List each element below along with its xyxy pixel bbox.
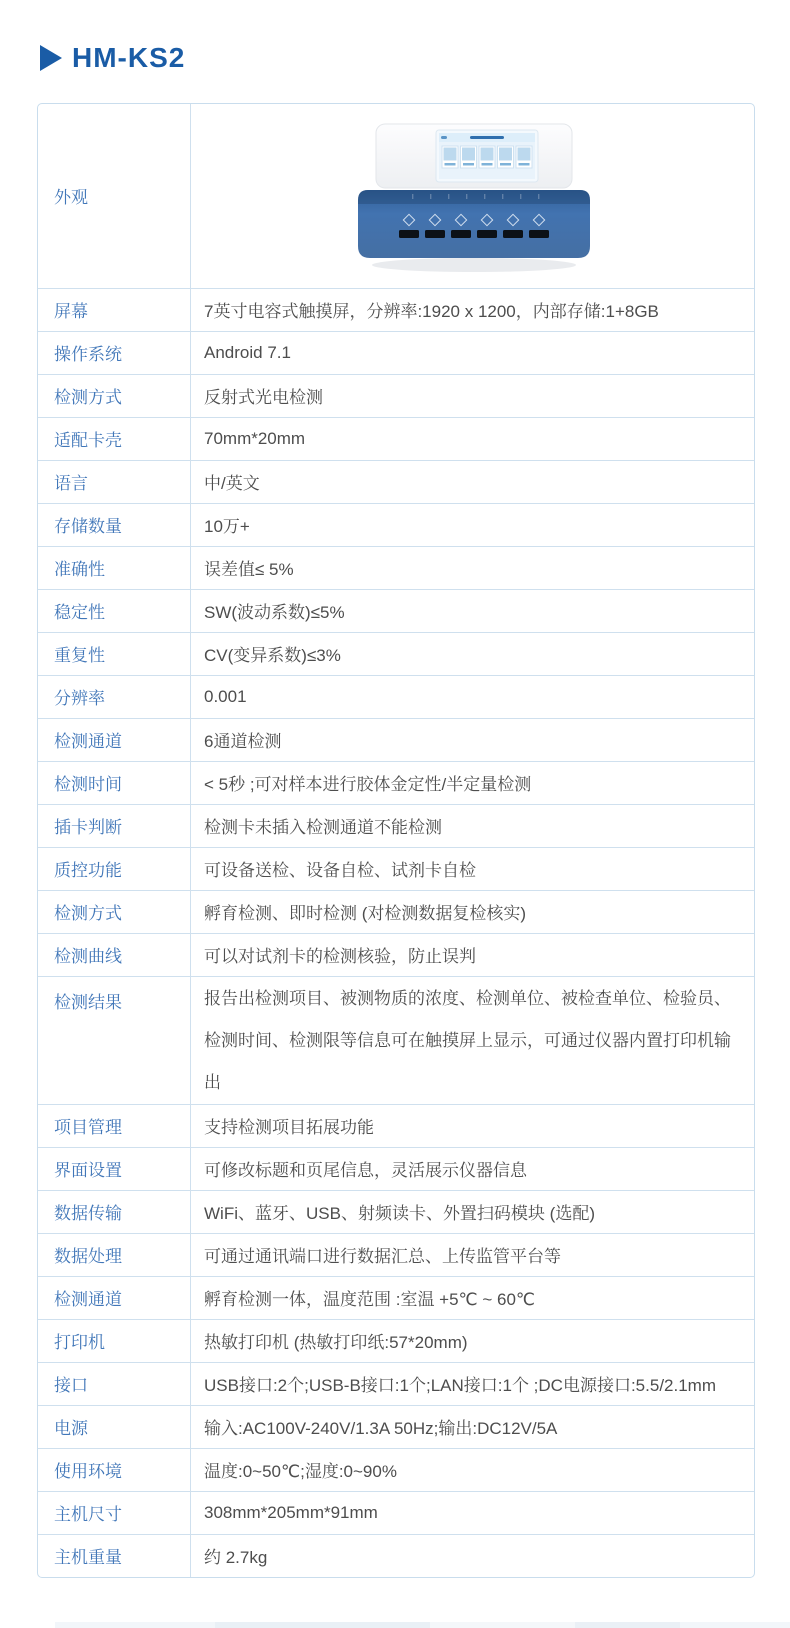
spec-row: 数据处理可通过通讯端口进行数据汇总、上传监管平台等 <box>38 1233 754 1276</box>
spec-value: 检测卡未插入检测通道不能检测 <box>191 804 755 847</box>
spec-row: 主机尺寸308mm*205mm*91mm <box>38 1491 754 1534</box>
spec-value: 反射式光电检测 <box>191 374 755 417</box>
spec-row: 检测方式反射式光电检测 <box>38 374 754 417</box>
spec-row: 数据传输WiFi、蓝牙、USB、射频读卡、外置扫码模块 (选配) <box>38 1190 754 1233</box>
spec-label: 检测通道 <box>38 718 191 761</box>
test-card-slot <box>529 230 549 238</box>
test-card-slot <box>399 230 419 238</box>
spec-row: 准确性误差值≤ 5% <box>38 546 754 589</box>
page-title: HM-KS2 <box>72 44 185 72</box>
spec-row: 分辨率0.001 <box>38 675 754 718</box>
spec-value: 可通过通讯端口进行数据汇总、上传监管平台等 <box>191 1233 755 1276</box>
spec-page: HM-KS2 外观 <box>0 0 790 1628</box>
spec-row: 检测曲线可以对试剂卡的检测核验，防止误判 <box>38 933 754 976</box>
spec-label: 外观 <box>38 104 191 288</box>
spec-label: 语言 <box>38 460 191 503</box>
spec-label: 检测结果 <box>38 976 191 1104</box>
spec-value: 报告出检测项目、被测物质的浓度、检测单位、被检查单位、检验员、检测时间、检测限等… <box>191 976 755 1104</box>
spec-label: 检测通道 <box>38 1276 191 1319</box>
spec-value: 6通道检测 <box>191 718 755 761</box>
spec-value: 0.001 <box>191 675 755 718</box>
spec-value: 10万+ <box>191 503 755 546</box>
spec-row: 电源输入:AC100V-240V/1.3A 50Hz;输出:DC12V/5A <box>38 1405 754 1448</box>
spec-table: 外观 <box>37 103 755 1578</box>
spec-row: 检测通道6通道检测 <box>38 718 754 761</box>
spec-value: 温度:0~50℃;湿度:0~90% <box>191 1448 755 1491</box>
test-card-slot <box>477 230 497 238</box>
spec-label: 界面设置 <box>38 1147 191 1190</box>
spec-label: 重复性 <box>38 632 191 675</box>
spec-row: 检测结果报告出检测项目、被测物质的浓度、检测单位、被检查单位、检验员、检测时间、… <box>38 976 754 1104</box>
spec-label: 检测方式 <box>38 890 191 933</box>
spec-label: 项目管理 <box>38 1104 191 1147</box>
spec-value: WiFi、蓝牙、USB、射频读卡、外置扫码模块 (选配) <box>191 1190 755 1233</box>
spec-row: 操作系统Android 7.1 <box>38 331 754 374</box>
spec-value: 输入:AC100V-240V/1.3A 50Hz;输出:DC12V/5A <box>191 1405 755 1448</box>
spec-row: 稳定性SW(波动系数)≤5% <box>38 589 754 632</box>
spec-row: 使用环境温度:0~50℃;湿度:0~90% <box>38 1448 754 1491</box>
device-shadow <box>372 258 576 272</box>
device-lid-edge <box>358 190 590 204</box>
spec-value: 约 2.7kg <box>191 1534 755 1577</box>
screen-title-text <box>470 136 504 139</box>
spec-row: 检测时间< 5秒 ;可对样本进行胶体金定性/半定量检测 <box>38 761 754 804</box>
spec-label: 使用环境 <box>38 1448 191 1491</box>
spec-label: 数据传输 <box>38 1190 191 1233</box>
spec-value: 可修改标题和页尾信息，灵活展示仪器信息 <box>191 1147 755 1190</box>
product-image <box>204 116 744 276</box>
analyzer-device-illustration <box>349 116 599 276</box>
spec-value: 热敏打印机 (热敏打印纸:57*20mm) <box>191 1319 755 1362</box>
spec-label: 稳定性 <box>38 589 191 632</box>
spec-row: 接口USB接口:2个;USB-B接口:1个;LAN接口:1个 ;DC电源接口:5… <box>38 1362 754 1405</box>
spec-value: 可设备送检、设备自检、试剂卡自检 <box>191 847 755 890</box>
test-card-slot <box>503 230 523 238</box>
spec-label: 准确性 <box>38 546 191 589</box>
spec-value: 支持检测项目拓展功能 <box>191 1104 755 1147</box>
spec-row: 存储数量10万+ <box>38 503 754 546</box>
spec-label: 检测方式 <box>38 374 191 417</box>
spec-row: 检测方式孵育检测、即时检测 (对检测数据复检核实) <box>38 890 754 933</box>
spec-row: 质控功能可设备送检、设备自检、试剂卡自检 <box>38 847 754 890</box>
spec-row: 语言中/英文 <box>38 460 754 503</box>
spec-value: 中/英文 <box>191 460 755 503</box>
spec-label: 打印机 <box>38 1319 191 1362</box>
spec-label: 插卡判断 <box>38 804 191 847</box>
spec-value: CV(变异系数)≤3% <box>191 632 755 675</box>
appearance-row: 外观 <box>38 104 754 288</box>
spec-label: 接口 <box>38 1362 191 1405</box>
spec-value: 孵育检测、即时检测 (对检测数据复检核实) <box>191 890 755 933</box>
spec-label: 操作系统 <box>38 331 191 374</box>
spec-value: 308mm*205mm*91mm <box>191 1491 755 1534</box>
spec-value: 孵育检测一体，温度范围 :室温 +5℃ ~ 60℃ <box>191 1276 755 1319</box>
spec-value: 70mm*20mm <box>191 417 755 460</box>
spec-row: 屏幕7英寸电容式触摸屏，分辨率:1920 x 1200，内部存储:1+8GB <box>38 288 754 331</box>
spec-label: 检测时间 <box>38 761 191 804</box>
spec-label: 分辨率 <box>38 675 191 718</box>
spec-label: 主机重量 <box>38 1534 191 1577</box>
spec-row: 主机重量约 2.7kg <box>38 1534 754 1577</box>
spec-label: 存储数量 <box>38 503 191 546</box>
spec-row: 适配卡壳70mm*20mm <box>38 417 754 460</box>
spec-label: 适配卡壳 <box>38 417 191 460</box>
spec-label: 质控功能 <box>38 847 191 890</box>
title-arrow-icon <box>40 45 62 71</box>
spec-row: 界面设置可修改标题和页尾信息，灵活展示仪器信息 <box>38 1147 754 1190</box>
test-card-slot <box>425 230 445 238</box>
spec-row: 检测通道孵育检测一体，温度范围 :室温 +5℃ ~ 60℃ <box>38 1276 754 1319</box>
spec-row: 插卡判断检测卡未插入检测通道不能检测 <box>38 804 754 847</box>
spec-row: 重复性CV(变异系数)≤3% <box>38 632 754 675</box>
spec-row: 项目管理支持检测项目拓展功能 <box>38 1104 754 1147</box>
spec-value: USB接口:2个;USB-B接口:1个;LAN接口:1个 ;DC电源接口:5.5… <box>191 1362 755 1405</box>
spec-value: 可以对试剂卡的检测核验，防止误判 <box>191 933 755 976</box>
spec-value: Android 7.1 <box>191 331 755 374</box>
spec-value: 7英寸电容式触摸屏，分辨率:1920 x 1200，内部存储:1+8GB <box>191 288 755 331</box>
spec-value: < 5秒 ;可对样本进行胶体金定性/半定量检测 <box>191 761 755 804</box>
spec-label: 电源 <box>38 1405 191 1448</box>
spec-label: 检测曲线 <box>38 933 191 976</box>
test-card-slot <box>451 230 471 238</box>
spec-label: 屏幕 <box>38 288 191 331</box>
spec-value: SW(波动系数)≤5% <box>191 589 755 632</box>
bottom-strip <box>0 1622 790 1628</box>
spec-label: 主机尺寸 <box>38 1491 191 1534</box>
page-header: HM-KS2 <box>40 44 185 72</box>
screen-logo <box>441 136 447 139</box>
spec-value: 误差值≤ 5% <box>191 546 755 589</box>
spec-row: 打印机热敏打印机 (热敏打印纸:57*20mm) <box>38 1319 754 1362</box>
screen-app-tiles <box>442 146 532 168</box>
spec-label: 数据处理 <box>38 1233 191 1276</box>
